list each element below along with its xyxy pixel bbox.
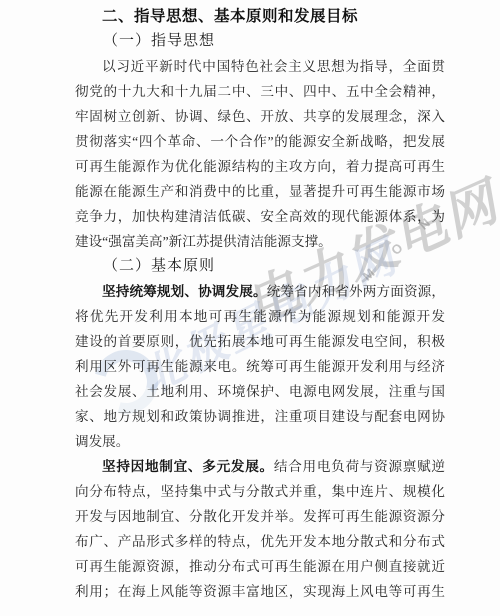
text-line: 可再生能源作为优化能源结构的主攻方向，着力提高可再生	[75, 154, 445, 179]
text-line: 坚持统筹规划、协调发展。统筹省内和省外两方面资源，	[75, 279, 445, 304]
text-line: 坚持因地制宜、多元发展。结合用电负荷与资源禀赋逆	[75, 454, 445, 479]
subsection-heading: （二）基本原则	[75, 254, 445, 279]
text-line: 家、地方规划和政策协调推进，注重项目建设与配套电网协	[75, 404, 445, 429]
text-line: 建设“强富美高”新江苏提供清洁能源支撑。	[75, 229, 445, 254]
text-line: 将优先开发利用本地可再生能源作为能源规划和能源开发	[75, 304, 445, 329]
document-lines: （一）指导思想以习近平新时代中国特色社会主义思想为指导，全面贯彻党的十九大和十九…	[75, 29, 445, 604]
text-line: 利用区外可再生能源来电。统筹可再生能源开发利用与经济	[75, 354, 445, 379]
text-line: 利用；在海上风能等资源丰富地区，实现海上风电等可再生	[75, 579, 445, 604]
text-line: 贯彻落实“四个革命、一个合作”的能源安全新战略，把发展	[75, 129, 445, 154]
text-line: 能源在能源生产和消费中的比重，显著提升可再生能源市场	[75, 179, 445, 204]
text-line: 以习近平新时代中国特色社会主义思想为指导，全面贯	[75, 54, 445, 79]
text-line: 向分布特点，坚持集中式与分散式并重，集中连片、规模化	[75, 479, 445, 504]
text-line: 竞争力，加快构建清洁低碳、安全高效的现代能源体系，为	[75, 204, 445, 229]
document-page: 电力发电网 M O N 北极星电力网 二、指导思想、基本原则和发展目标 （一）指…	[0, 0, 500, 616]
text-line: 彻党的十九大和十九届二中、三中、四中、五中全会精神，	[75, 79, 445, 104]
text-line: 布广、产品形式多样的特点，优先开发本地分散式和分布式	[75, 529, 445, 554]
text-line: 社会发展、土地利用、环境保护、电源电网发展，注重与国	[75, 379, 445, 404]
subsection-heading: （一）指导思想	[75, 29, 445, 54]
text-line: 建设的首要原则，优先拓展本地可再生能源发电空间，积极	[75, 329, 445, 354]
text-line: 开发与因地制宜、分散化开发并举。发挥可再生能源资源分	[75, 504, 445, 529]
bold-lead-phrase: 坚持因地制宜、多元发展。	[102, 459, 274, 474]
bold-lead-phrase: 坚持统筹规划、协调发展。	[102, 284, 267, 299]
document-body: 二、指导思想、基本原则和发展目标 （一）指导思想以习近平新时代中国特色社会主义思…	[75, 4, 445, 604]
text-line: 可再生能源资源，推动分布式可再生能源在用户侧直接就近	[75, 554, 445, 579]
text-line: 调发展。	[75, 429, 445, 454]
text-line: 牢固树立创新、协调、绿色、开放、共享的发展理念，深入	[75, 104, 445, 129]
section-heading: 二、指导思想、基本原则和发展目标	[75, 4, 445, 29]
